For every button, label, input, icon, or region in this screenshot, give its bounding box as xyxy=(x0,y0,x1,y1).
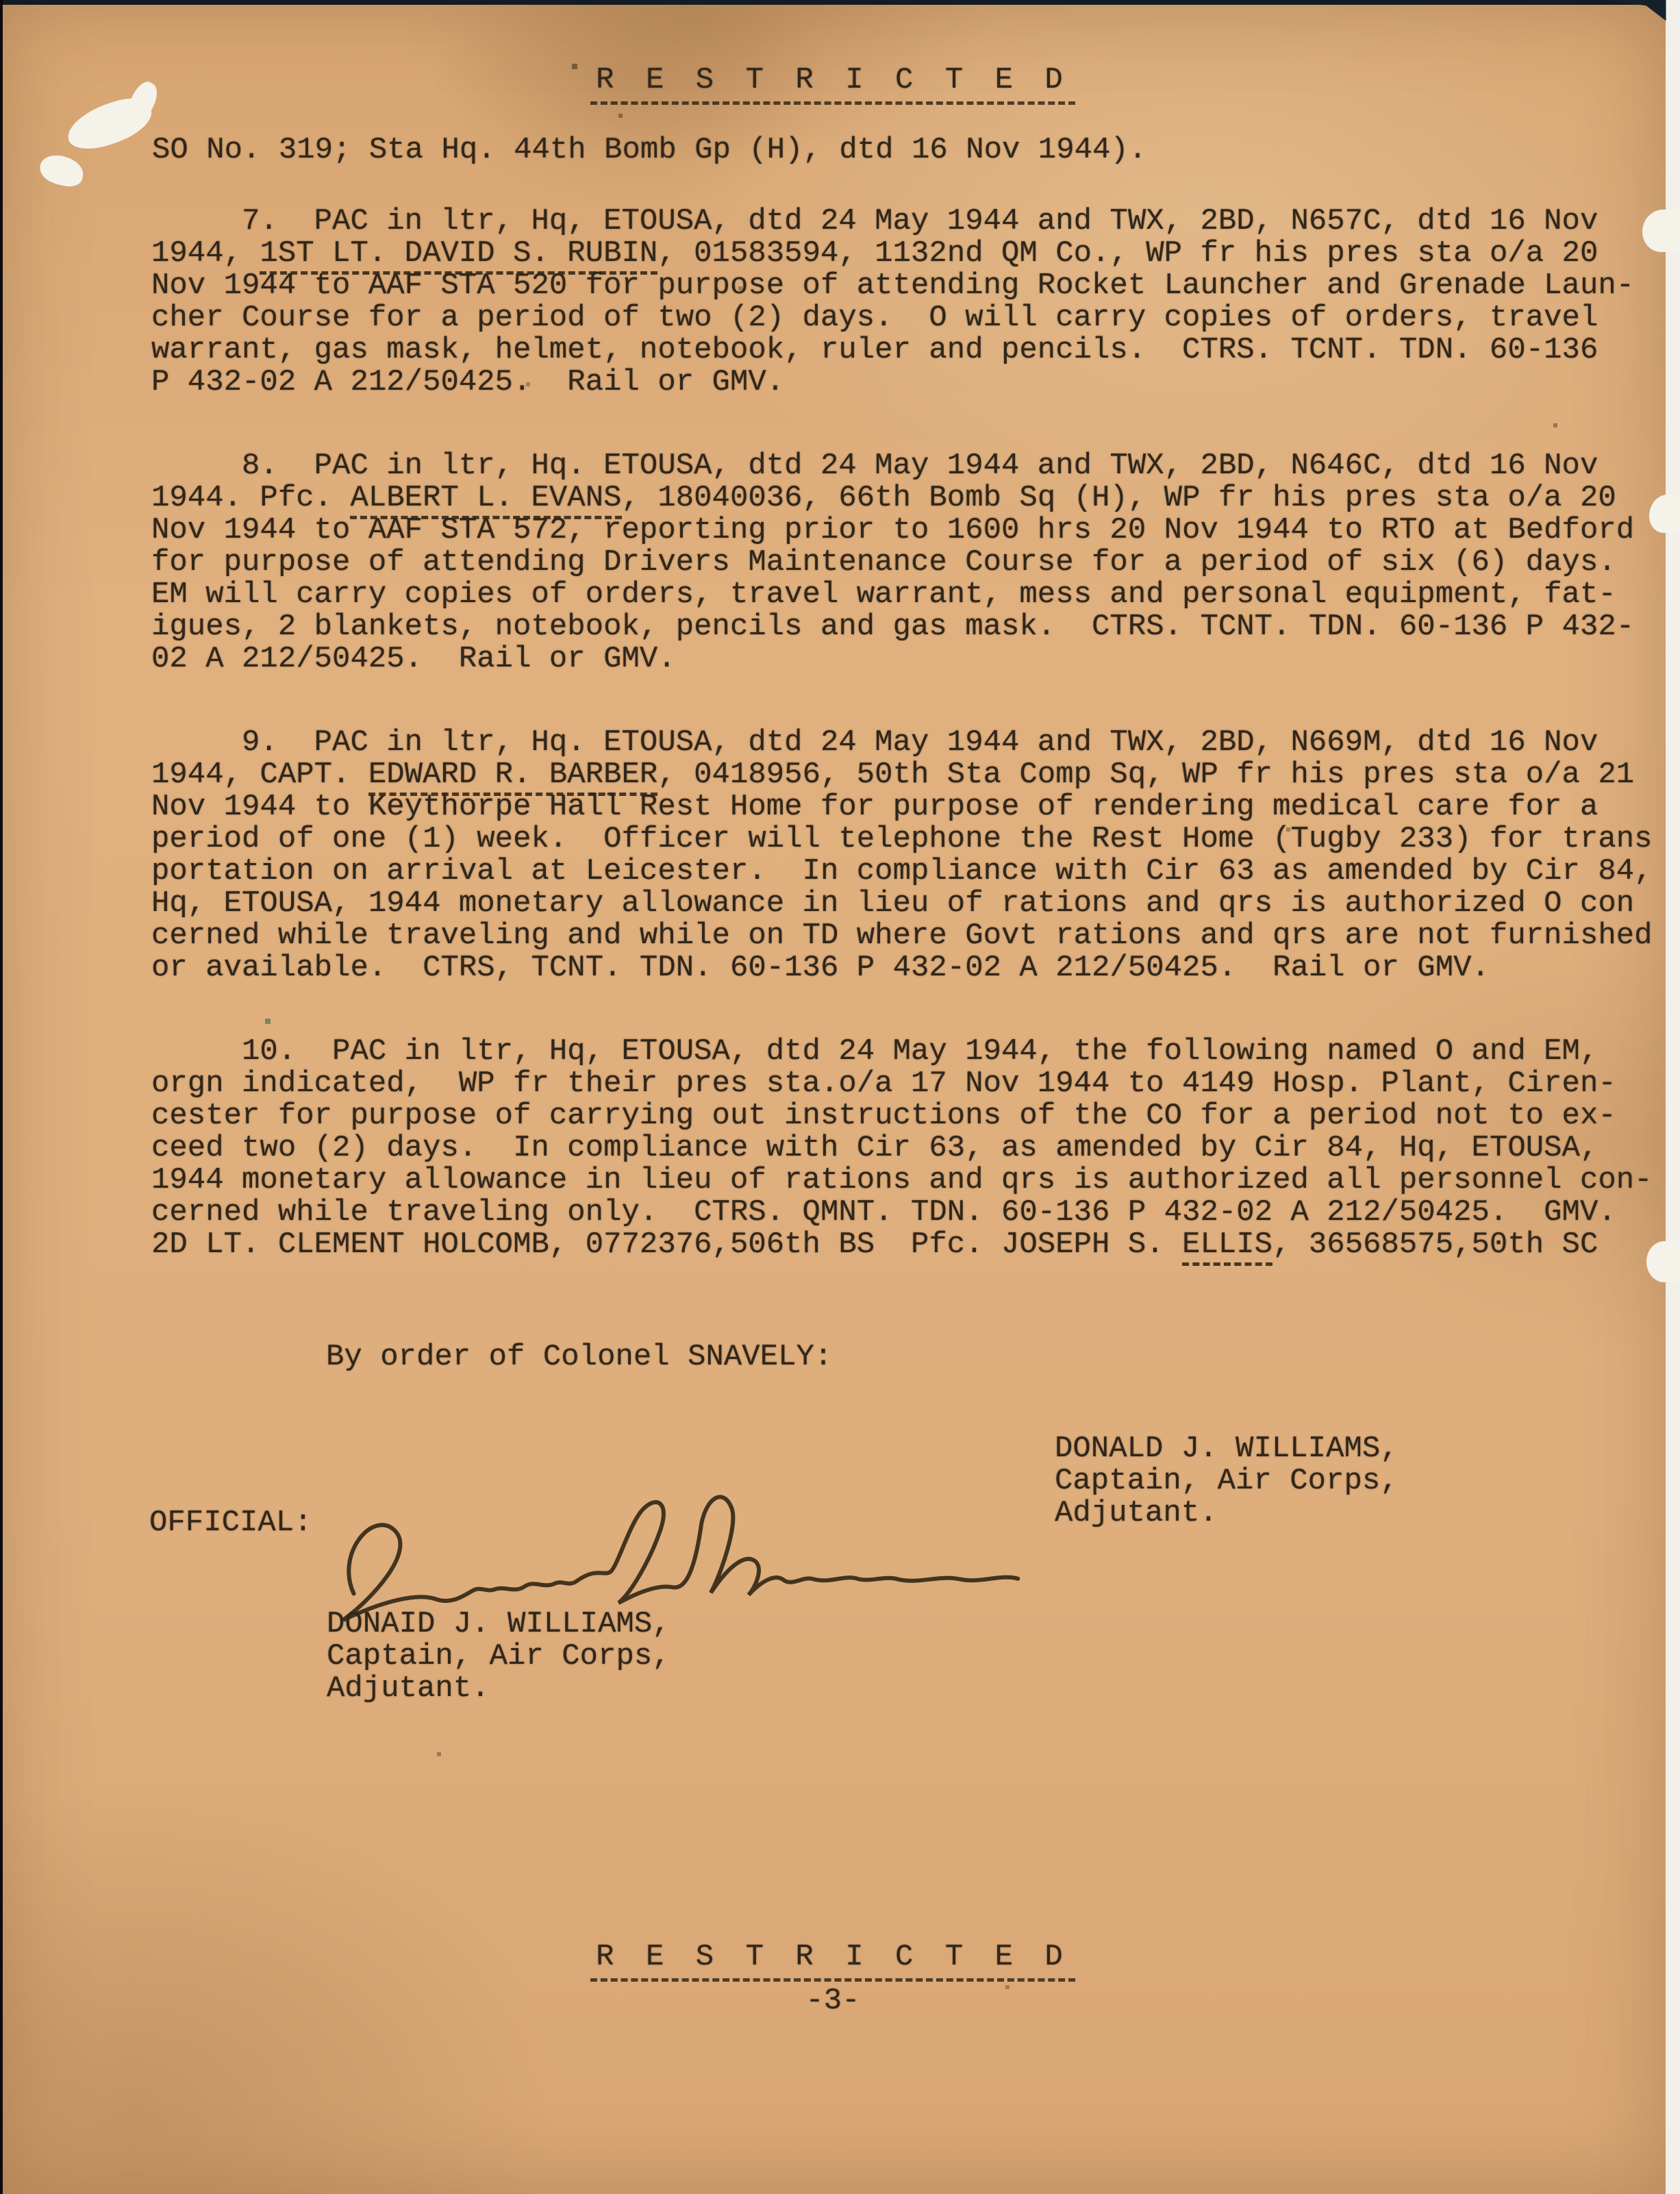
text-line: cher Course for a period of two (2) days… xyxy=(151,302,1658,334)
text-line: EM will carry copies of orders, travel w… xyxy=(151,579,1658,611)
text-line: 02 A 212/50425. Rail or GMV. xyxy=(151,643,1658,675)
page-number: -3- xyxy=(0,1984,1666,2018)
order-paragraph-9: 9. PAC in ltr, Hq. ETOUSA, dtd 24 May 19… xyxy=(151,727,1658,984)
text-line: 9. PAC in ltr, Hq. ETOUSA, dtd 24 May 19… xyxy=(151,727,1658,759)
scan-edge-top xyxy=(0,0,1680,5)
official-name: DONAID J. WILLIAMS, xyxy=(327,1608,670,1641)
order-paragraph-7: 7. PAC in ltr, Hq, ETOUSA, dtd 24 May 19… xyxy=(151,205,1658,399)
text-line: orgn indicated, WP fr their pres sta.o/a… xyxy=(151,1068,1658,1100)
order-paragraph-8: 8. PAC in ltr, Hq. ETOUSA, dtd 24 May 19… xyxy=(151,450,1658,675)
text-line: cerned while traveling and while on TD w… xyxy=(151,920,1658,952)
text-line: 8. PAC in ltr, Hq. ETOUSA, dtd 24 May 19… xyxy=(151,450,1658,482)
text-line: cester for purpose of carrying out instr… xyxy=(151,1100,1658,1132)
text-line: period of one (1) week. Officer will tel… xyxy=(151,823,1658,856)
text-line: 1944 monetary allowance in lieu of ratio… xyxy=(151,1164,1658,1197)
signature-block: DONALD J. WILLIAMS, Captain, Air Corps, … xyxy=(1055,1433,1399,1530)
text-line: portation on arrival at Leicester. In co… xyxy=(151,856,1658,888)
signature-rank: Captain, Air Corps, xyxy=(1055,1465,1399,1497)
text-line: 1944, 1ST LT. DAVID S. RUBIN, 01583594, … xyxy=(151,238,1658,270)
text-line: Nov 1944 to Keythorpe Hall Rest Home for… xyxy=(151,791,1658,823)
order-reference: SO No. 319; Sta Hq. 44th Bomb Gp (H), dt… xyxy=(152,134,1146,166)
text-line: 1944, CAPT. EDWARD R. BARBER, 0418956, 5… xyxy=(151,759,1658,791)
text-line: ceed two (2) days. In compliance with Ci… xyxy=(151,1132,1658,1164)
text-line: 7. PAC in ltr, Hq, ETOUSA, dtd 24 May 19… xyxy=(151,205,1658,238)
text-line: or available. CTRS, TCNT. TDN. 60-136 P … xyxy=(151,952,1658,984)
text-line: Nov 1944 to AAF STA 520 for purpose of a… xyxy=(151,270,1658,302)
scanned-document: R E S T R I C T E D SO No. 319; Sta Hq. … xyxy=(0,0,1680,2194)
text-line: 1944. Pfc. ALBERT L. EVANS, 18040036, 66… xyxy=(151,482,1658,514)
classification-footer-text: R E S T R I C T E D xyxy=(590,1940,1075,1982)
text-line: cerned while traveling only. CTRS. QMNT.… xyxy=(151,1197,1658,1229)
text-line: for purpose of attending Drivers Mainten… xyxy=(151,547,1658,579)
official-signature-block: DONAID J. WILLIAMS, Captain, Air Corps, … xyxy=(327,1608,670,1705)
order-paragraph-10: 10. PAC in ltr, Hq, ETOUSA, dtd 24 May 1… xyxy=(151,1036,1658,1261)
classification-header: R E S T R I C T E D xyxy=(0,63,1666,105)
text-line: igues, 2 blankets, notebook, pencils and… xyxy=(151,611,1658,643)
official-rank: Captain, Air Corps, xyxy=(327,1641,670,1673)
signature-name: DONALD J. WILLIAMS, xyxy=(1055,1433,1399,1465)
text-line: P 432-02 A 212/50425. Rail or GMV. xyxy=(151,366,1658,399)
text-line: Nov 1944 to AAF STA 572, reporting prior… xyxy=(151,514,1658,547)
text-line: 10. PAC in ltr, Hq, ETOUSA, dtd 24 May 1… xyxy=(151,1036,1658,1068)
text-line: Hq, ETOUSA, 1944 monetary allowance in l… xyxy=(151,888,1658,920)
scan-edge-left xyxy=(0,0,3,2194)
classification-header-text: R E S T R I C T E D xyxy=(590,63,1075,105)
text-line: warrant, gas mask, helmet, notebook, rul… xyxy=(151,334,1658,366)
signature-title: Adjutant. xyxy=(1055,1497,1399,1530)
order-authority: By order of Colonel SNAVELY: xyxy=(326,1341,832,1373)
official-title: Adjutant. xyxy=(327,1673,670,1705)
text-line: 2D LT. CLEMENT HOLCOMB, 0772376,506th BS… xyxy=(151,1229,1658,1261)
ink-speckles xyxy=(0,0,1,1)
classification-footer: R E S T R I C T E D xyxy=(0,1940,1666,1982)
order-paragraphs: 7. PAC in ltr, Hq, ETOUSA, dtd 24 May 19… xyxy=(151,205,1658,1312)
